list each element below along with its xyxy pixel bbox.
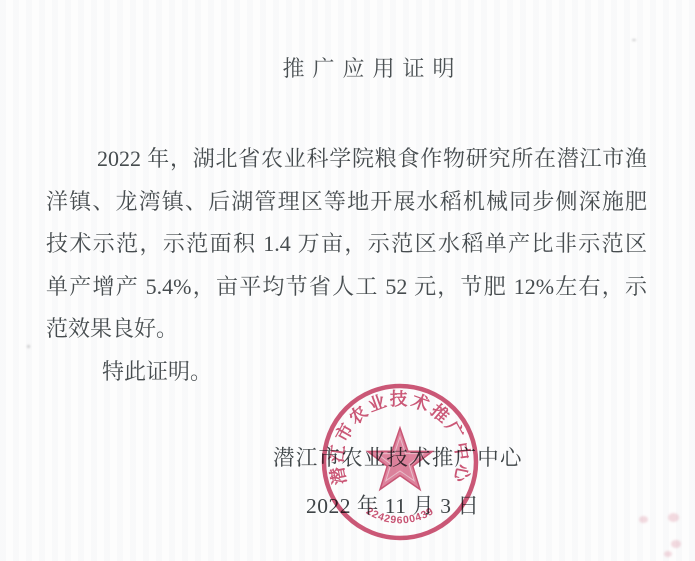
- certificate-body: 2022 年，湖北省农业科学院粮食作物研究所在潜江市渔 洋镇、龙湾镇、后湖管理区…: [46, 138, 647, 393]
- body-line-5: 范效果良好。: [46, 308, 647, 351]
- scan-speckle: [632, 39, 636, 41]
- scan-speckle: [668, 513, 679, 522]
- body-line-2: 洋镇、龙湾镇、后湖管理区等地开展水稻机械同步侧深施肥: [46, 181, 647, 224]
- scan-speckle: [664, 551, 672, 557]
- certificate-page: 推广应用证明 2022 年，湖北省农业科学院粮食作物研究所在潜江市渔 洋镇、龙湾…: [0, 0, 695, 561]
- body-line-1: 2022 年，湖北省农业科学院粮食作物研究所在潜江市渔: [46, 138, 647, 181]
- scan-speckle: [639, 516, 648, 523]
- page-title: 推广应用证明: [0, 52, 695, 83]
- official-seal: 潜江市农业技术推广中心 4224296004396: [315, 377, 485, 547]
- official-seal-graphic: 潜江市农业技术推广中心 4224296004396: [315, 377, 485, 547]
- scan-speckle: [27, 345, 30, 348]
- body-line-3: 技术示范，示范面积 1.4 万亩，示范区水稻单产比非示范区: [46, 223, 647, 266]
- scan-speckle: [671, 540, 681, 548]
- body-line-4: 单产增产 5.4%，亩平均节省人工 52 元，节肥 12%左右，示: [46, 266, 647, 309]
